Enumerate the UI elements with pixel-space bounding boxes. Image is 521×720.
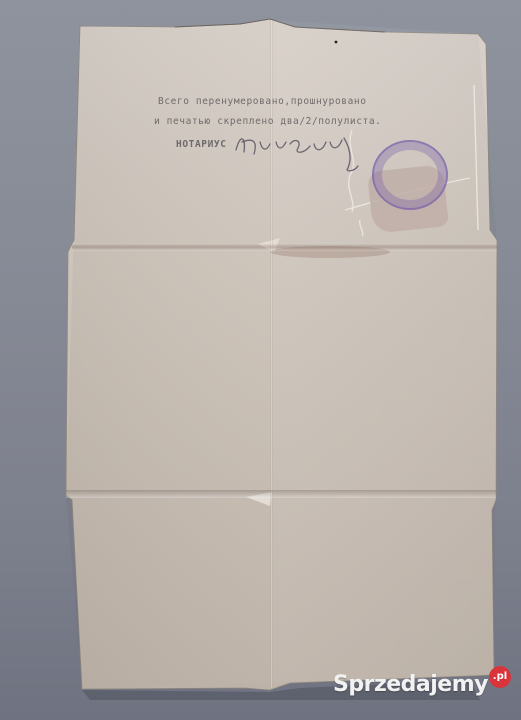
- horizontal-fold-upper: [72, 243, 497, 251]
- horizontal-fold-lower: [66, 490, 496, 498]
- watermark-brand: Sprzedajemy: [333, 672, 488, 698]
- document-photo: Всего перенумеровано,прошнуровано и печа…: [0, 0, 521, 720]
- signature-icon: [232, 128, 372, 174]
- typed-line-1: Всего перенумеровано,прошнуровано: [158, 96, 367, 107]
- notary-stamp-icon: [372, 140, 448, 210]
- watermark: Sprzedajemy .pl: [333, 672, 511, 698]
- paper-sheet: [0, 0, 521, 720]
- paper-outline: [0, 0, 521, 720]
- typed-line-2: и печатью скреплено два/2/полулиста.: [154, 116, 382, 127]
- watermark-tld-badge: .pl: [489, 666, 511, 688]
- notary-label: НОТАРИУС: [176, 139, 227, 150]
